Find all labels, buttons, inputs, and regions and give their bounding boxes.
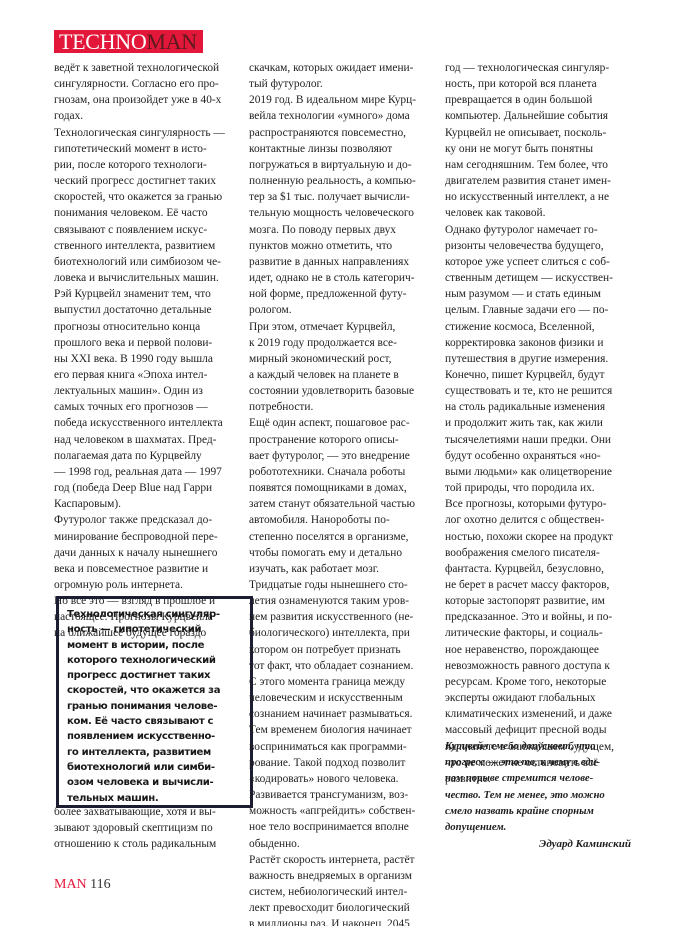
text-line: выпустил достаточно детальные [54,302,246,318]
text-line: ное неравенство, порождающее [445,642,640,658]
text-line: человек как таковой. [445,205,640,221]
text-line: биотехнологий или симби- [67,760,243,775]
text-line: нем развития искусственного (не- [249,609,439,625]
text-line: робототехники. Сначала роботы [249,464,439,480]
text-line: ку они не могут быть понятны [445,141,640,157]
page-footer: MAN 116 [54,877,111,893]
text-line: скоростей, что окажется за гранью [54,189,246,205]
text-line: восприниматься как программи- [249,739,439,755]
text-line: «кодировать» нового человека. [249,771,439,787]
text-line: фантаста. Курцвейл, безусловно, [445,561,640,577]
article-column-1: ведёт к заветной технологическойсингуляр… [54,60,246,642]
text-line: компьютер. Дальнейшие события [445,108,640,124]
text-line: Курцвейл смело допускает, что [445,738,640,754]
text-line: полненную реальность, а компью- [249,173,439,189]
text-line: рии, после которого технологи- [54,157,246,173]
text-line: двигателем развития станет имен- [445,173,640,189]
text-line: путешествия в другие измерения. [445,351,640,367]
text-line: затем станут обязательной частью [249,496,439,512]
text-line: мирный экономический рост, [249,351,439,367]
text-line: пунктов можно отметить, что [249,238,439,254]
text-line: его первая книга «Эпоха интел- [54,367,246,383]
text-line: прошлого века и первой полови- [54,335,246,351]
text-line: можность «апгрейдить» собствен- [249,803,439,819]
text-line: корректировка законов физики и [445,335,640,351]
text-line: Технологическая сингуляр- [67,607,243,622]
text-line: скачкам, которых ожидает имени- [249,60,439,76]
text-line: го интеллекта, развитием [67,745,243,760]
text-line: тельную мощность человеческого [249,205,439,221]
text-line: ческий прогресс достигнет таких [54,173,246,189]
text-line: гранью понимания челове- [67,699,243,714]
text-line: ной форме, предложенной футу- [249,286,439,302]
text-line: момент в истории, после [67,638,243,653]
text-line: Ещё один аспект, пошаговое рас- [249,415,439,431]
text-line: биотехнологий или симбиозом че- [54,254,246,270]
text-line: существовать и те, кто не решится [445,383,640,399]
text-line: той природы, что породила их. [445,480,640,496]
text-line: котором он потребует признать [249,642,439,658]
text-line: тер за $1 тыс. получает вычисли- [249,189,439,205]
text-line: связывают с появлением искус- [54,222,246,238]
text-line: лог охотно делится с обществен- [445,512,640,528]
text-line: 2019 год. В идеальном мире Курц- [249,92,439,108]
text-line: нам сегодняшним. Тем более, что [445,157,640,173]
text-line: ностью, похожи скорее на продукт [445,529,640,545]
text-line: более захватывающие, хотя и вы- [54,804,246,820]
page-number: 116 [90,877,110,892]
text-line: Технологическая сингулярность — [54,125,246,141]
text-line: огромную роль интернета. [54,577,246,593]
article-column-2: скачкам, которых ожидает имени-тый футур… [249,60,439,926]
text-line: годах. [54,108,246,124]
text-line: прогнозы относительно конца [54,319,246,335]
text-line: полагаемая дата по Курцвейлу [54,448,246,464]
text-line: в миллионы раз. И наконец, 2045 [249,916,439,926]
text-line: прогресс достигнет таких [67,668,243,683]
logo-man: MAN [146,29,196,54]
text-line: ность — гипотетический [67,622,243,637]
text-line: состоянии удовлетворить базовые [249,383,439,399]
text-line: чество. Тем не менее, это можно [445,787,640,803]
text-line: пространение которого описы- [249,432,439,448]
text-line: рологом. [249,302,439,318]
text-line: Каспаровым). [54,496,246,512]
text-line: появлением искусственно- [67,729,243,744]
text-line: и продолжит жить так, как жили [445,415,640,431]
text-line: Все прогнозы, которыми футуро- [445,496,640,512]
text-line: Футуролог также предсказал до- [54,512,246,528]
text-line: которое уже успеет слиться с соб- [445,254,640,270]
text-line: не берет в расчет массу факторов, [445,577,640,593]
text-line: массовый дефицит пресной воды [445,722,640,738]
text-line: предсказанное. Это и войны, и по- [445,609,640,625]
text-line: отношению к столь радикальным [54,836,246,852]
text-line: — 1998 год, реальная дата — 1997 [54,464,246,480]
text-line: идет, однако не в столь категорич- [249,270,439,286]
text-line: Растёт скорость интернета, растёт [249,852,439,868]
text-line: тый футуролог. [249,76,439,92]
text-line: обыденно. [249,836,439,852]
text-line: превращается в один большой [445,92,640,108]
text-line: прогресс — это то, к чему в еди- [445,754,640,770]
text-line: рование. Такой подход позволит [249,755,439,771]
text-line: века и повсеместное развитие и [54,561,246,577]
text-line: зывают здоровый скептицизм по [54,820,246,836]
text-line: над человеком в шахматах. Пред- [54,432,246,448]
text-line: человеческим и искусственным [249,690,439,706]
text-line: изучать, как работает мозг. [249,561,439,577]
text-line: воображения смелого писателя- [445,545,640,561]
text-line: появятся помощниками в домах, [249,480,439,496]
text-line: тот факт, что обладает сознанием. [249,658,439,674]
text-line: выми людьми» как олицетворение [445,464,640,480]
text-line: важность внедряемых в организм [249,868,439,884]
text-line: Рэй Курцвейл знаменит тем, что [54,286,246,302]
text-line: ресурсам. Кроме того, некоторые [445,674,640,690]
text-line: С этого момента граница между [249,674,439,690]
text-line: смело назвать крайне спорным [445,803,640,819]
text-line: потребности. [249,399,439,415]
text-line: ное тело воспринимается вполне [249,819,439,835]
text-line: степенно поселятся в организме, [249,529,439,545]
logo-techno: TECHNO [59,29,146,54]
text-line: ны XXI века. В 1990 году вышла [54,351,246,367]
text-line: к 2019 году продолжается все- [249,335,439,351]
text-line: сингулярности. Согласно его про- [54,76,246,92]
text-line: Тем временем биология начинает [249,722,439,738]
text-line: дачи данных к началу нынешнего [54,545,246,561]
text-line: автомобиля. Нанороботы по- [249,512,439,528]
text-line: систем, небиологический интел- [249,884,439,900]
text-line: минирование беспроводной пере- [54,529,246,545]
text-line: ственного интеллекта, развитием [54,238,246,254]
text-line: распространяются повсеместно, [249,125,439,141]
text-line: ведёт к заветной технологической [54,60,246,76]
text-line: которые застопорят развитие, им [445,593,640,609]
text-line: Развивается трансгуманизм, воз- [249,787,439,803]
text-line: вает футуролог, — это внедрение [249,448,439,464]
text-line: самых точных его прогнозов — [54,399,246,415]
text-line: вейла технологии «умного» дома [249,108,439,124]
text-line: Однако футуролог намечает го- [445,222,640,238]
text-line: развитие в данных направлениях [249,254,439,270]
text-line: ловека и вычислительных машин. [54,270,246,286]
section-logo: TECHNOMAN [54,30,203,53]
text-line: а каждый человек на планете в [249,367,439,383]
text-line: которого технологический [67,653,243,668]
text-line: целым. Главные задачи его — по- [445,302,640,318]
text-line: чтобы помогать ему и детально [249,545,439,561]
text-line: ном порыве стремится челове- [445,770,640,786]
text-line: Тридцатые годы нынешнего сто- [249,577,439,593]
text-line: год (победа Deep Blue над Гарри [54,480,246,496]
text-line: гипотетический момент в исто- [54,141,246,157]
article-column-3: год — технологическая сингуляр-ность, пр… [445,60,640,787]
pull-quote-box: Технологическая сингуляр-ность — гипотет… [56,596,253,808]
text-line: будут особенно охраняться «но- [445,448,640,464]
text-line: ным разумом — и стать единым [445,286,640,302]
text-line: стижение космоса, Вселенной, [445,319,640,335]
text-line: ком. Её часто связывают с [67,714,243,729]
text-line: но искусственный интеллект, а не [445,189,640,205]
text-line: ризонты человечества будущего, [445,238,640,254]
author-signature: Эдуард Каминский [539,838,631,850]
text-line: скоростей, что окажется за [67,683,243,698]
text-line: ственным детищем — искусствен- [445,270,640,286]
text-line: мозга. По поводу первых двух [249,222,439,238]
footer-magazine-name: MAN [54,877,87,892]
text-line: Курцвейл не описывает, посколь- [445,125,640,141]
article-conclusion: Курцвейл смело допускает, чтопрогресс — … [445,738,640,835]
text-line: лект превосходит биологический [249,900,439,916]
text-line: летия ознаменуются таким уров- [249,593,439,609]
text-line: эксперты ожидают глобальных [445,690,640,706]
article-column-1-continued: более захватывающие, хотя и вы-зывают зд… [54,804,246,852]
text-line: сознанием начинает размываться. [249,706,439,722]
text-line: тысячелетиями наши предки. Они [445,432,640,448]
text-line: лектуальных машин». Один из [54,383,246,399]
text-line: невозможность равного доступа к [445,658,640,674]
text-line: победа искусственного интеллекта [54,415,246,431]
text-line: на столь радикальные изменения [445,399,640,415]
text-line: Конечно, пишет Курцвейл, будут [445,367,640,383]
text-line: понимания человеком. Её часто [54,205,246,221]
text-line: ность, при которой вся планета [445,76,640,92]
text-line: погружаться в виртуальную и до- [249,157,439,173]
text-line: биологического) интеллекта, при [249,625,439,641]
text-line: гнозам, она произойдет уже в 40-х [54,92,246,108]
text-line: климатических изменений, и даже [445,706,640,722]
text-line: допущением. [445,819,640,835]
text-line: озом человека и вычисли- [67,775,243,790]
text-line: год — технологическая сингуляр- [445,60,640,76]
text-line: При этом, отмечает Курцвейл, [249,319,439,335]
text-line: контактные линзы позволяют [249,141,439,157]
text-line: литические факторы, и социаль- [445,625,640,641]
